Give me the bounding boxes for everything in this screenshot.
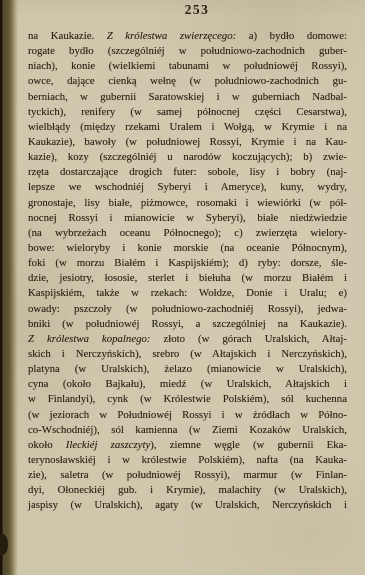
text-segment: cyna (około Bajkału), miedź (w Uralskich… bbox=[28, 378, 347, 390]
italic-text-segment: Z królestwa kopalnego: bbox=[28, 333, 151, 345]
text-line: cyna (około Bajkału), miedź (w Uralskich… bbox=[28, 377, 347, 392]
text-line: tyckich), renifery (w samej północnej cz… bbox=[28, 105, 347, 120]
text-line: wielbłądy (między rzekami Uralem i Wołgą… bbox=[28, 120, 347, 135]
text-line: niach), konie (wielkiemi tabunami w połu… bbox=[28, 59, 347, 74]
text-line: skich i Nerczyńskich), srebro (w Ałtajsk… bbox=[28, 347, 347, 362]
text-line: Kaspijskiém, także w rzekach: Wołdze, Do… bbox=[28, 286, 347, 301]
binding-shadow bbox=[0, 0, 20, 575]
text-segment: złoto (w górach Uralskich, Ałtaj- bbox=[151, 333, 347, 345]
text-line: owce, dające cienką wełnę (w południowo-… bbox=[28, 74, 347, 89]
text-segment: niach), konie (wielkiemi tabunami w połu… bbox=[28, 60, 347, 72]
text-line: na Kaukazie. Z królestwa zwierzęcego: a)… bbox=[28, 29, 347, 44]
text-line: berniach, w gubernii Saratowskiej i w gu… bbox=[28, 90, 347, 105]
text-line: około Ileckiéj zaszczyty), ziemne węgle … bbox=[28, 438, 347, 453]
text-segment: lepsze we wschodniéj Syberyi i Ameryce),… bbox=[28, 181, 347, 193]
text-line: w Finlandyi), cynk (w Królestwie Polskié… bbox=[28, 392, 347, 407]
text-line: rzęta dostarczające drogich futer: sobol… bbox=[28, 165, 347, 180]
text-segment: bowe: wieloryby i konie morskie (na ocea… bbox=[28, 242, 347, 254]
text-line: jaspisy (w Uralskich), agaty (w Uralskic… bbox=[28, 498, 347, 513]
text-segment: rogate bydło (szczególniéj w południowo-… bbox=[28, 45, 347, 57]
text-line: rogate bydło (szczególniéj w południowo-… bbox=[28, 44, 347, 59]
text-line: (w jeziorach w Południowéj Rossyi i w źr… bbox=[28, 408, 347, 423]
text-segment: (w jeziorach w Południowéj Rossyi i w źr… bbox=[28, 409, 347, 421]
text-line: dyi, Ołoneckiéj gub. i Krymie), malachit… bbox=[28, 483, 347, 498]
text-segment: gronostaje, lisy białe, piżmowce, rosoma… bbox=[28, 197, 347, 209]
text-segment: kazie), kozy (szczególniéj u narodów koc… bbox=[28, 151, 347, 163]
text-segment: ), ziemne węgle (w gubernii Eka- bbox=[150, 439, 347, 451]
text-segment: foki (w morzu Białém i Kaspijskiém); d) … bbox=[28, 257, 347, 269]
text-segment: na Kaukazie. bbox=[28, 30, 107, 42]
text-segment: berniach, w gubernii Saratowskiej i w gu… bbox=[28, 91, 347, 103]
text-line: dzie, jesiotry, łososie, sterlet i biełu… bbox=[28, 271, 347, 286]
text-segment: Kaukazie), bawoły (w południowej Rossyi,… bbox=[28, 136, 347, 148]
text-line: kazie), kozy (szczególniéj u narodów koc… bbox=[28, 150, 347, 165]
text-line: co-Wschodniéj), sól kamienna (w Ziemi Ko… bbox=[28, 423, 347, 438]
text-segment: co-Wschodniéj), sól kamienna (w Ziemi Ko… bbox=[28, 424, 347, 436]
italic-text-segment: Ileckiéj zaszczyty bbox=[66, 439, 151, 451]
text-line: terynosławskiéj i w królestwie Polskiém)… bbox=[28, 453, 347, 468]
text-segment: bniki (w południowéj Rossyi, a szczególn… bbox=[28, 318, 347, 330]
text-line: (na wybrzeżach oceanu Północnego); c) zw… bbox=[28, 226, 347, 241]
text-segment: dyi, Ołoneckiéj gub. i Krymie), malachit… bbox=[28, 484, 347, 496]
italic-text-segment: Z królestwa zwierzęcego: bbox=[107, 30, 236, 42]
text-line: lepsze we wschodniéj Syberyi i Ameryce),… bbox=[28, 180, 347, 195]
text-line: bowe: wieloryby i konie morskie (na ocea… bbox=[28, 241, 347, 256]
text-segment: skich i Nerczyńskich), srebro (w Ałtajsk… bbox=[28, 348, 347, 360]
text-line: Z królestwa kopalnego: złoto (w górach U… bbox=[28, 332, 347, 347]
text-segment: tyckich), renifery (w samej północnej cz… bbox=[28, 106, 347, 118]
text-segment: a) bydło domowe: bbox=[236, 30, 347, 42]
text-segment: nocnej Rossyi i mianowicie w Syberyi), b… bbox=[28, 212, 347, 224]
text-segment: rzęta dostarczające drogich futer: sobol… bbox=[28, 166, 347, 178]
text-segment: owce, dające cienką wełnę (w południowo-… bbox=[28, 75, 347, 87]
text-line: zie), saletra (w południowéj Rossyi), ma… bbox=[28, 468, 347, 483]
text-segment: terynosławskiéj i w królestwie Polskiém)… bbox=[28, 454, 347, 466]
text-segment: około bbox=[28, 439, 66, 451]
text-line: gronostaje, lisy białe, piżmowce, rosoma… bbox=[28, 196, 347, 211]
text-line: platyna (w Uralskich), żelazo (mianowici… bbox=[28, 362, 347, 377]
text-segment: zie), saletra (w południowéj Rossyi), ma… bbox=[28, 469, 347, 481]
text-segment: Kaspijskiém, także w rzekach: Wołdze, Do… bbox=[28, 287, 347, 299]
text-segment: wielbłądy (między rzekami Uralem i Wołgą… bbox=[28, 121, 347, 133]
text-line: nocnej Rossyi i mianowicie w Syberyi), b… bbox=[28, 211, 347, 226]
text-segment: dzie, jesiotry, łososie, sterlet i biełu… bbox=[28, 272, 347, 284]
text-segment: owady: pszczoły (w południowo-zachodniéj… bbox=[28, 303, 347, 315]
text-line: owady: pszczoły (w południowo-zachodniéj… bbox=[28, 302, 347, 317]
text-line: bniki (w południowéj Rossyi, a szczególn… bbox=[28, 317, 347, 332]
text-line: Kaukazie), bawoły (w południowej Rossyi,… bbox=[28, 135, 347, 150]
text-segment: w Finlandyi), cynk (w Królestwie Polskié… bbox=[28, 393, 347, 405]
book-page: 253 na Kaukazie. Z królestwa zwierzęcego… bbox=[0, 0, 365, 575]
text-line: foki (w morzu Białém i Kaspijskiém); d) … bbox=[28, 256, 347, 271]
text-segment: (na wybrzeżach oceanu Północnego); c) zw… bbox=[28, 227, 347, 239]
body-text: na Kaukazie. Z królestwa zwierzęcego: a)… bbox=[28, 29, 347, 514]
text-segment: jaspisy (w Uralskich), agaty (w Uralskic… bbox=[28, 499, 347, 511]
text-segment: platyna (w Uralskich), żelazo (mianowici… bbox=[28, 363, 347, 375]
page-number: 253 bbox=[28, 2, 365, 18]
